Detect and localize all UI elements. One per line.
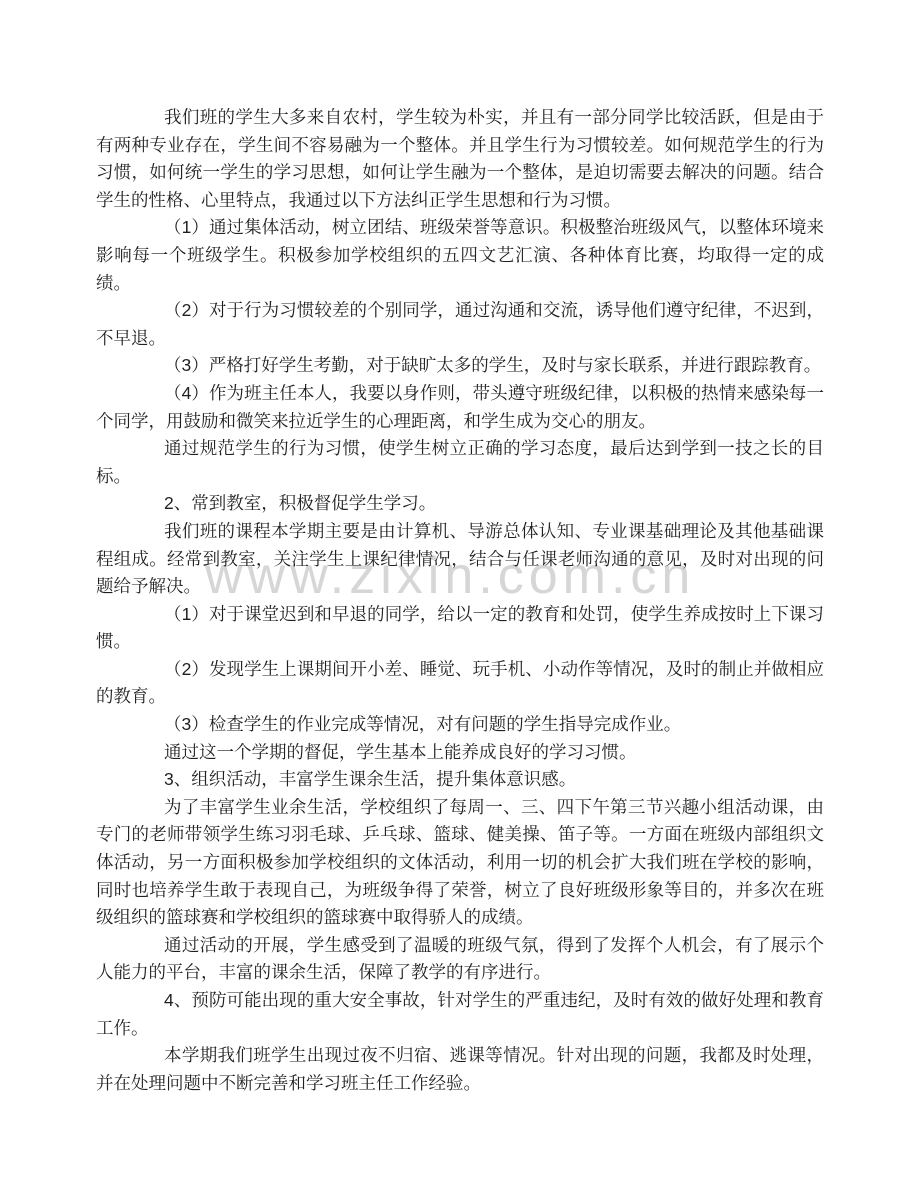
paragraph: 通过活动的开展，学生感受到了温暖的班级气氛，得到了发挥个人机会，有了展示个人能力… — [96, 932, 824, 987]
paragraph: （1）通过集体活动，树立团结、班级荣誉等意识。积极整治班级风气，以整体环境来影响… — [96, 214, 824, 297]
document-body: 我们班的学生大多来自农村，学生较为朴实，并且有一部分同学比较活跃，但是由于有两种… — [96, 104, 824, 1097]
paragraph: 通过这一个学期的督促，学生基本上能养成良好的学习习惯。 — [96, 739, 824, 767]
paragraph: 我们班的学生大多来自农村，学生较为朴实，并且有一部分同学比较活跃，但是由于有两种… — [96, 104, 824, 214]
paragraph: （3）严格打好学生考勤，对于缺旷太多的学生，及时与家长联系，并进行跟踪教育。 — [96, 352, 824, 380]
paragraph: （4）作为班主任本人，我要以身作则，带头遵守班级纪律，以积极的热情来感染每一个同… — [96, 380, 824, 435]
paragraph-heading: 3、组织活动，丰富学生课余生活，提升集体意识感。 — [96, 766, 824, 794]
paragraph: （2）对于行为习惯较差的个别同学，通过沟通和交流，诱导他们遵守纪律，不迟到，不早… — [96, 297, 824, 352]
paragraph: （1）对于课堂迟到和早退的同学，给以一定的教育和处罚，使学生养成按时上下课习惯。 — [96, 601, 824, 656]
paragraph: 本学期我们班学生出现过夜不归宿、逃课等情况。针对出现的问题，我都及时处理，并在处… — [96, 1042, 824, 1097]
paragraph-heading: 4、预防可能出现的重大安全事故，针对学生的严重违纪，及时有效的做好处理和教育工作… — [96, 987, 824, 1042]
document-page: www.zixin.com.cn 我们班的学生大多来自农村，学生较为朴实，并且有… — [0, 0, 920, 1191]
paragraph: （3）检查学生的作业完成等情况，对有问题的学生指导完成作业。 — [96, 711, 824, 739]
paragraph: 我们班的课程本学期主要是由计算机、导游总体认知、专业课基础理论及其他基础课程组成… — [96, 518, 824, 601]
paragraph: （2）发现学生上课期间开小差、睡觉、玩手机、小动作等情况，及时的制止并做相应的教… — [96, 656, 824, 711]
paragraph-heading: 2、常到教室，积极督促学生学习。 — [96, 490, 824, 518]
paragraph: 通过规范学生的行为习惯，使学生树立正确的学习态度，最后达到学到一技之长的目标。 — [96, 435, 824, 490]
paragraph: 为了丰富学生业余生活，学校组织了每周一、三、四下午第三节兴趣小组活动课，由专门的… — [96, 794, 824, 932]
